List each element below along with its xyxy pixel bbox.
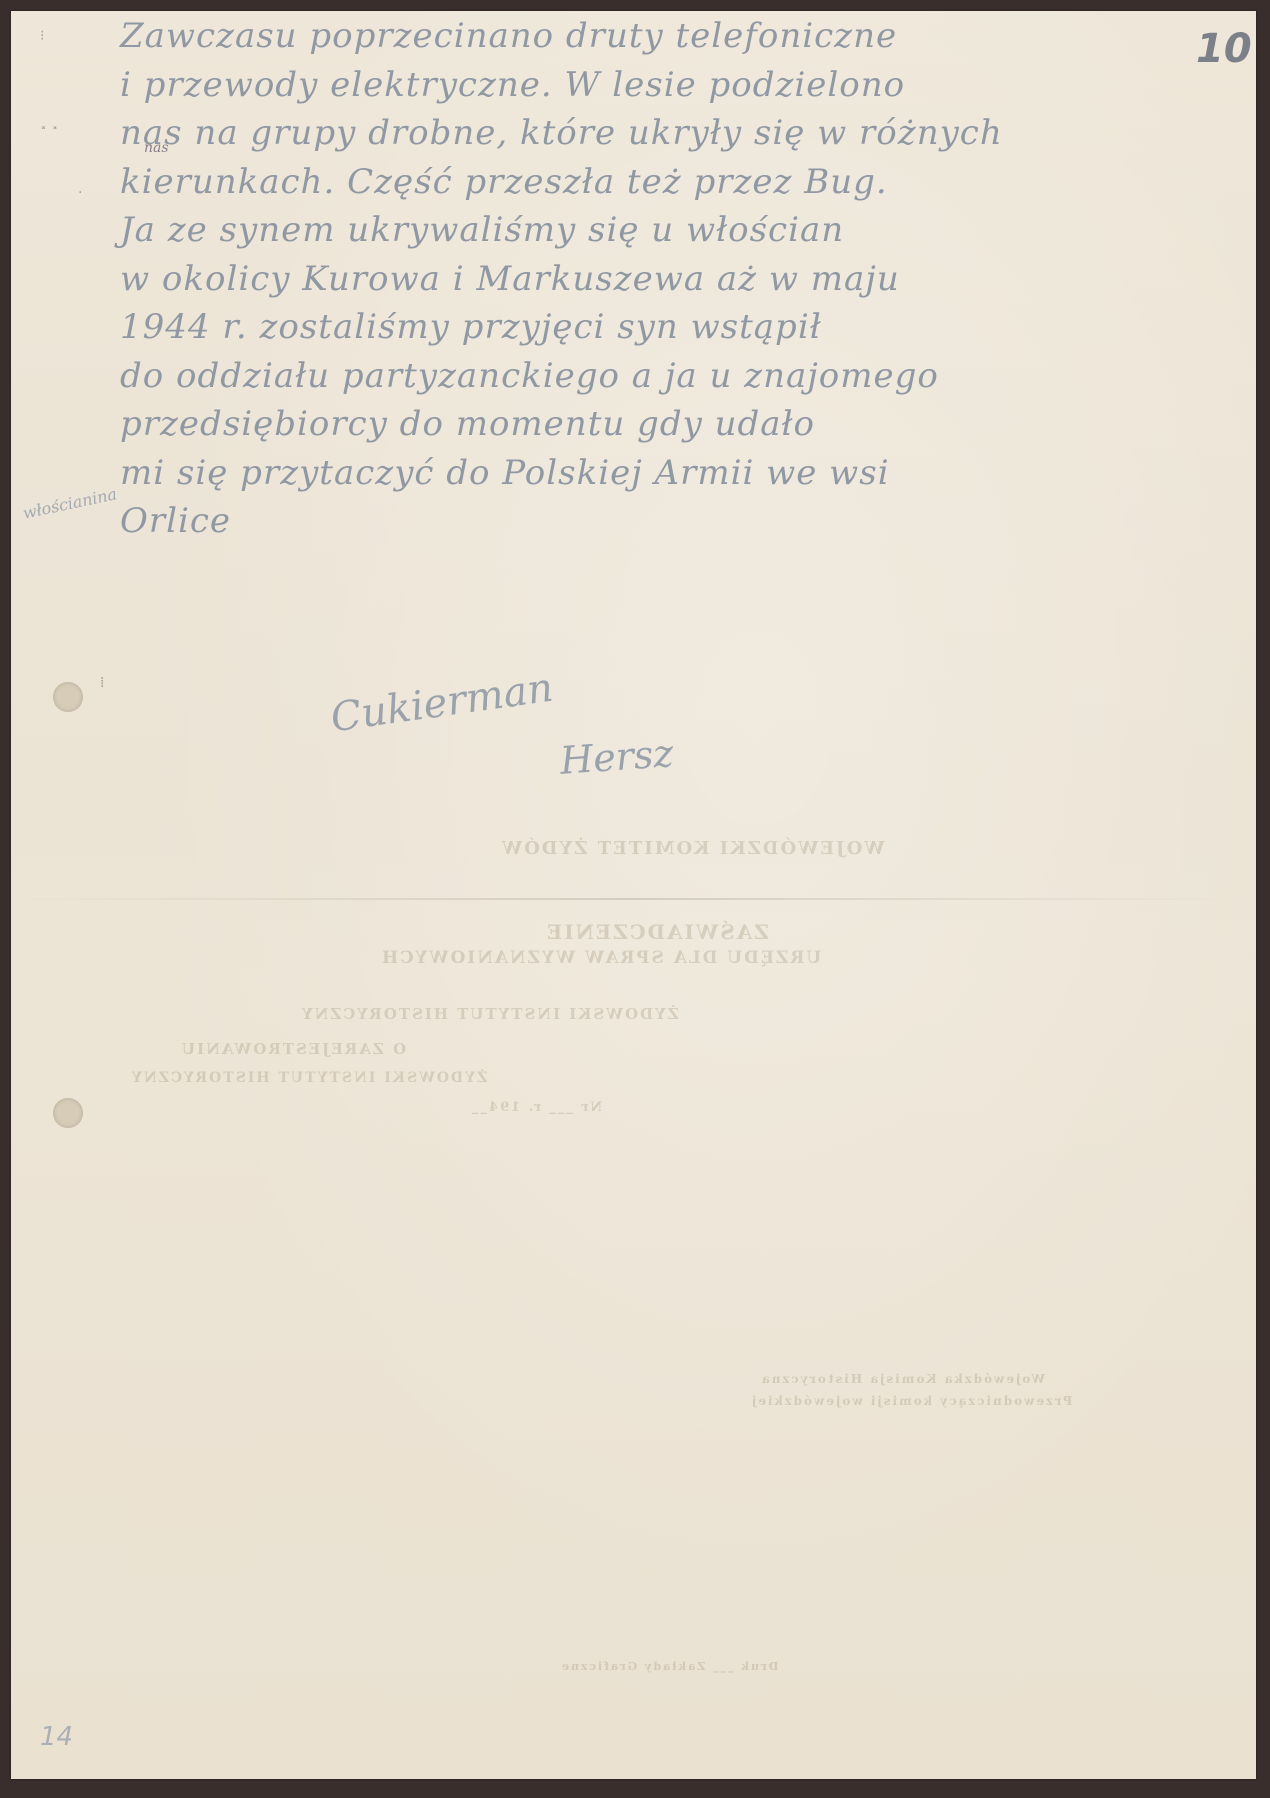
bleed-through-line: Druk ___ Zakłady Graficzne <box>560 1660 778 1673</box>
bleed-through-line: ŻYDOWSKI INSTYTUT HISTORYCZNY <box>300 1005 679 1023</box>
handwritten-line: Ja ze synem ukrywaliśmy się u włościan <box>120 206 1230 255</box>
signature-second: Hersz <box>559 731 675 783</box>
handwritten-line: kierunkach. Część przeszła też przez Bug… <box>120 158 1230 207</box>
punch-hole-bottom <box>53 1098 83 1128</box>
bleed-through-line: ZAŚWIADCZENIE <box>545 920 769 944</box>
handwritten-line: do oddziału partyzanckiego a ja u znajom… <box>120 352 1230 401</box>
handwritten-line: nas na grupy drobne, które ukryły się w … <box>120 109 1230 158</box>
margin-mark: ˟ ˟ <box>40 126 58 142</box>
bleed-through-line: Wojewódzka Komisja Historyczna <box>760 1372 1045 1386</box>
bleed-through-line: Nr ___ r. 194__ <box>470 1100 602 1115</box>
folio-number: 10 <box>1196 26 1252 72</box>
handwritten-line: przedsiębiorcy do momentu gdy udało <box>120 400 1230 449</box>
margin-mark: ⁞ <box>100 675 104 691</box>
margin-mark: ⁝ <box>40 28 44 44</box>
paper-fold <box>11 898 1256 900</box>
handwritten-line: Zawczasu poprzecinano druty telefoniczne <box>120 12 1230 61</box>
bleed-through-line: O ZAREJESTROWANIU <box>180 1040 406 1058</box>
handwritten-line: 1944 r. zostaliśmy przyjęci syn wstąpił <box>120 303 1230 352</box>
punch-hole-top <box>53 682 83 712</box>
bleed-through-line: Przewodniczący komisji wojewódzkiej <box>750 1394 1072 1408</box>
margin-mark: · <box>78 185 82 201</box>
handwritten-line: i przewody elektryczne. W lesie podzielo… <box>120 61 1230 110</box>
bleed-through-line: ŻYDOWSKI INSTYTUT HISTORYCZNY <box>130 1070 487 1086</box>
handwritten-line: mi się przytaczyć do Polskiej Armii we w… <box>120 449 1230 498</box>
handwritten-body: Zawczasu poprzecinano druty telefoniczne… <box>120 12 1230 546</box>
page-number: 14 <box>40 1722 73 1752</box>
bleed-through-line: WOJEWÓDZKI KOMITET ŻYDÓW <box>500 838 885 859</box>
bleed-through-line: URZĘDU DLA SPRAW WYZNANIOWYCH <box>380 948 821 968</box>
handwritten-line: Orlice <box>120 497 1230 546</box>
handwritten-line: w okolicy Kurowa i Markuszewa aż w maju <box>120 255 1230 304</box>
